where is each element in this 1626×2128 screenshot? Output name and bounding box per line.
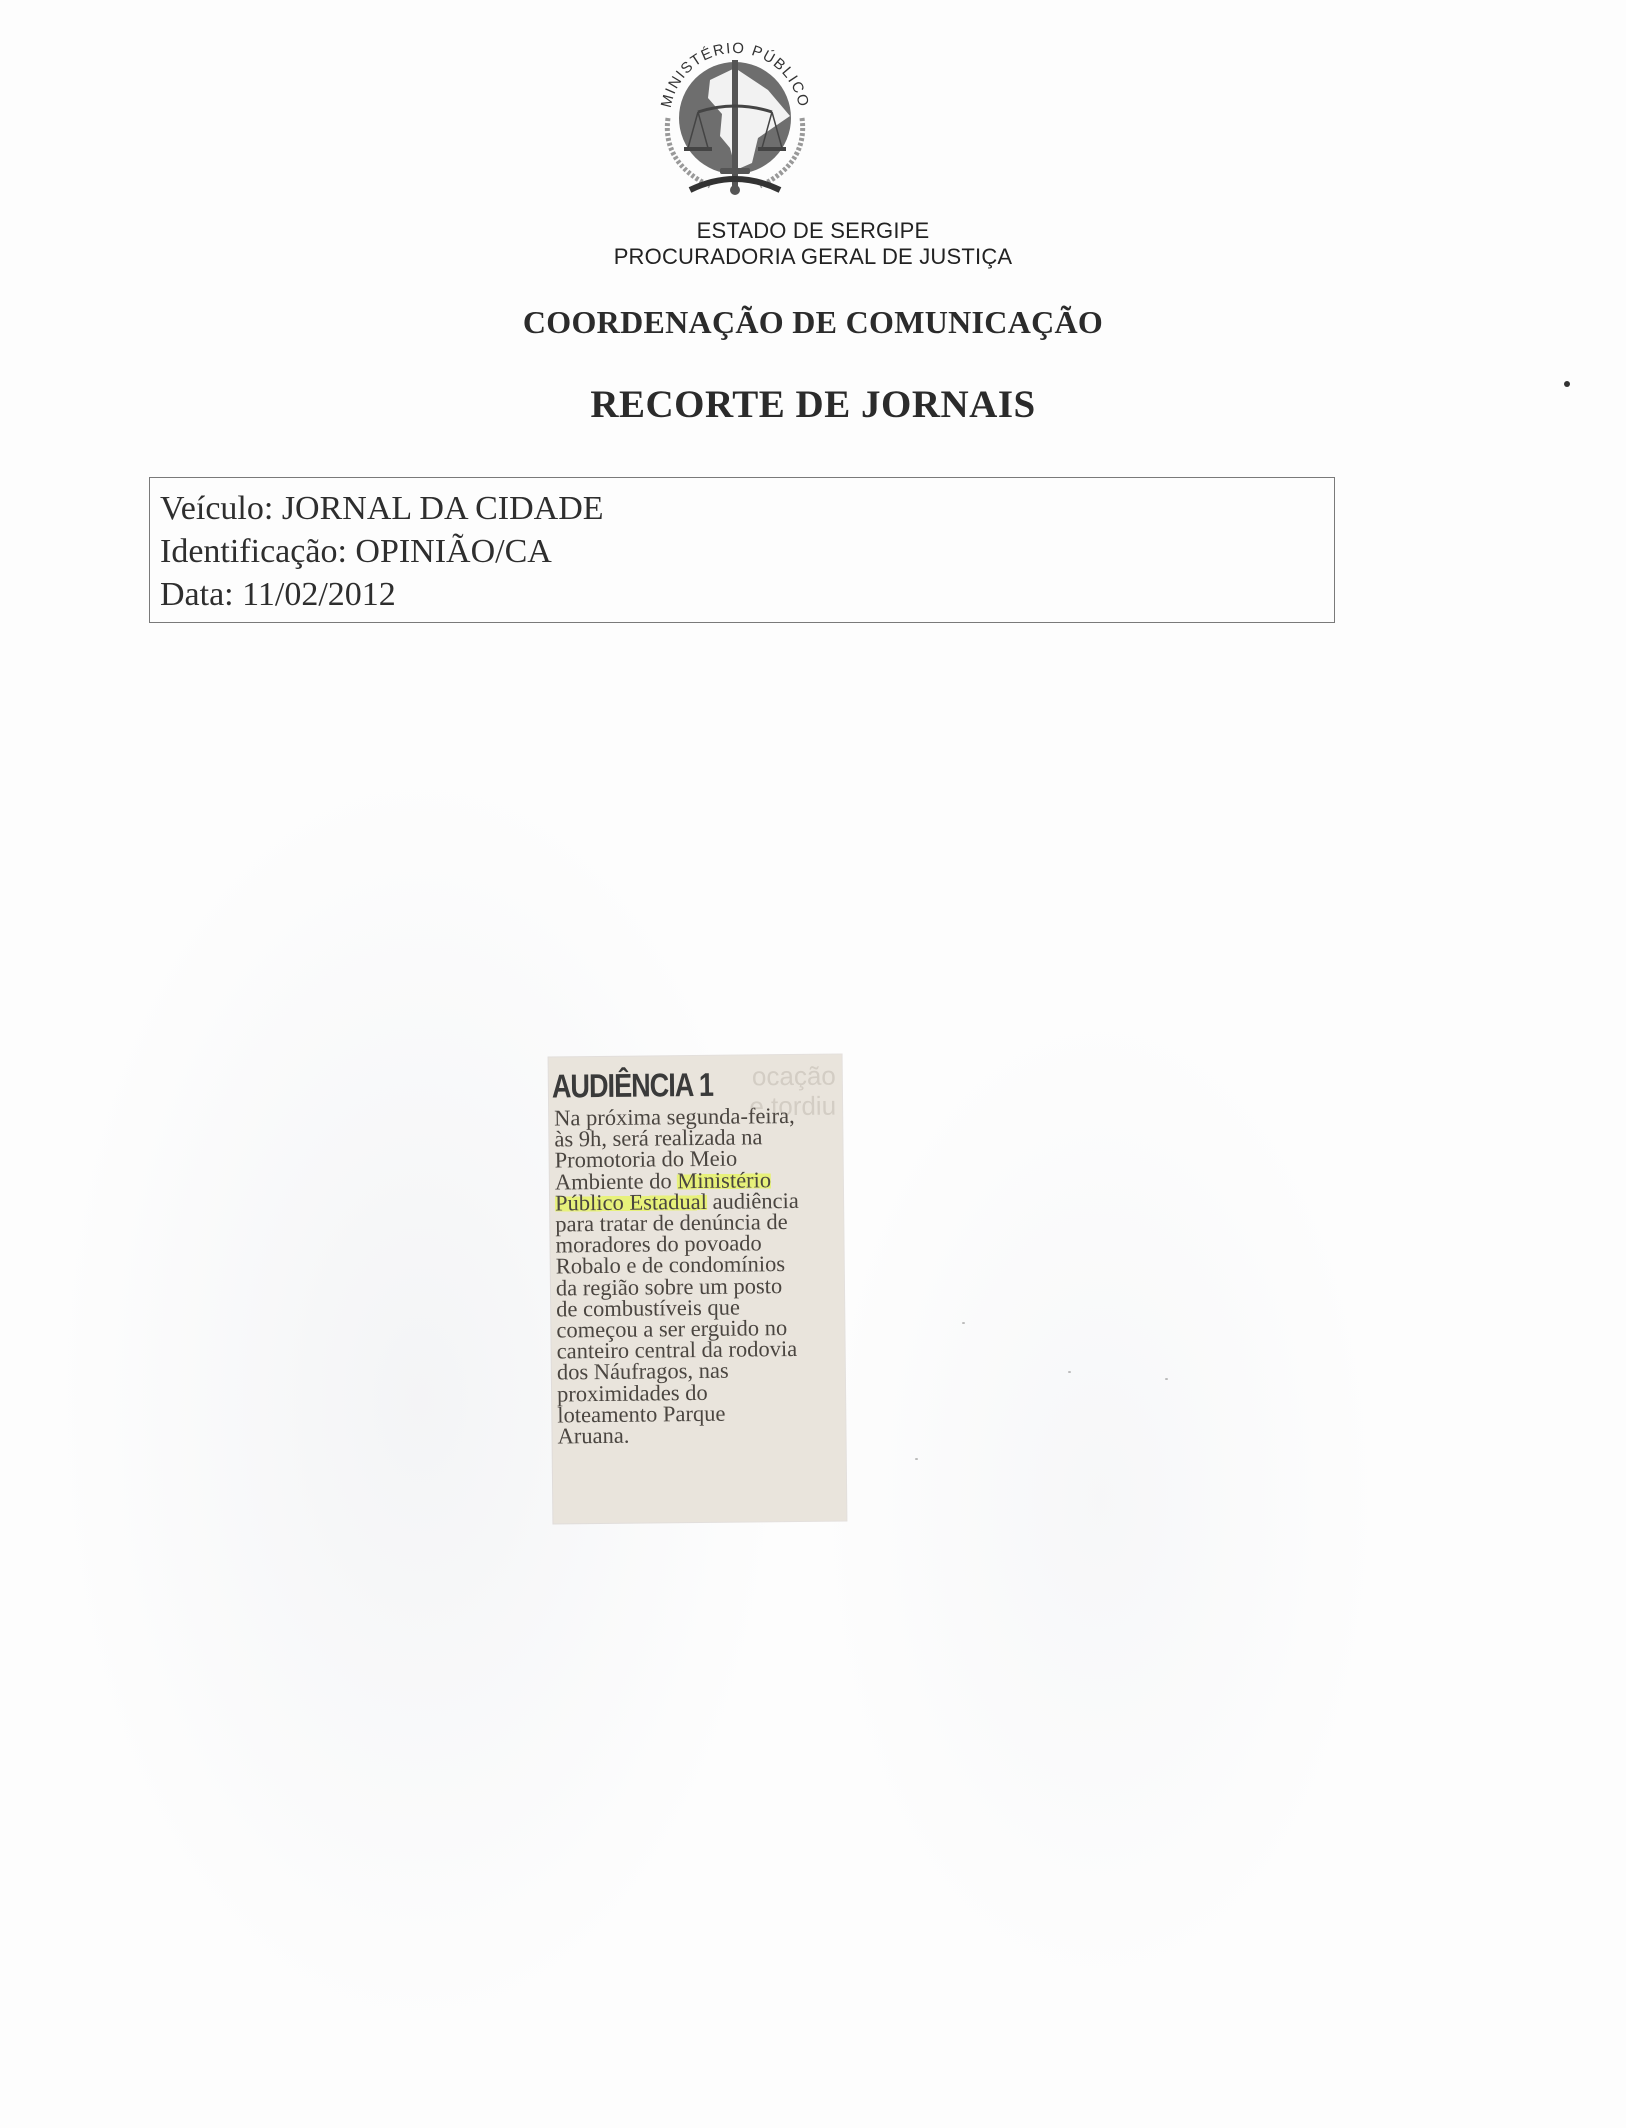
- date-label: Data:: [160, 576, 234, 613]
- vehicle-label: Veículo:: [160, 490, 273, 527]
- date-line: Data: 11/02/2012: [160, 573, 1334, 616]
- ministerio-publico-seal: MINISTÉRIO PÚBLICO: [640, 18, 830, 208]
- clipping-text: Aruana.: [557, 1423, 629, 1449]
- institution-header: ESTADO DE SERGIPE PROCURADORIA GERAL DE …: [0, 218, 1626, 270]
- vehicle-line: Veículo: JORNAL DA CIDADE: [160, 487, 1334, 530]
- identification-value: OPINIÃO/CA: [355, 533, 551, 570]
- identification-line: Identificação: OPINIÃO/CA: [160, 530, 1334, 573]
- scan-speck: [1165, 1378, 1168, 1380]
- identification-label: Identificação:: [160, 533, 347, 570]
- scan-speck: [915, 1458, 918, 1460]
- clipping-info-box: Veículo: JORNAL DA CIDADE Identificação:…: [149, 477, 1335, 623]
- department-title: COORDENAÇÃO DE COMUNICAÇÃO: [0, 304, 1626, 341]
- vehicle-value: JORNAL DA CIDADE: [282, 490, 604, 527]
- clipping-line: Aruana.: [557, 1422, 847, 1446]
- date-value: 11/02/2012: [242, 576, 396, 613]
- newspaper-clipping: ocaçãoe tordiu AUDIÊNCIA 1 Na próxima se…: [549, 1054, 847, 1523]
- clipping-headline: AUDIÊNCIA 1: [552, 1067, 790, 1103]
- clipping-line: loteamento Parque: [557, 1401, 847, 1425]
- scan-speck: [1068, 1371, 1071, 1373]
- scan-speck: [1564, 381, 1570, 387]
- document-title: RECORTE DE JORNAIS: [0, 382, 1626, 427]
- office-name: PROCURADORIA GERAL DE JUSTIÇA: [0, 244, 1626, 270]
- scan-speck: [962, 1322, 965, 1324]
- clipping-body: Na próxima segunda-feira,às 9h, será rea…: [552, 1104, 848, 1446]
- scales-of-justice-sword-seal-icon: MINISTÉRIO PÚBLICO: [640, 18, 830, 208]
- state-name: ESTADO DE SERGIPE: [0, 218, 1626, 244]
